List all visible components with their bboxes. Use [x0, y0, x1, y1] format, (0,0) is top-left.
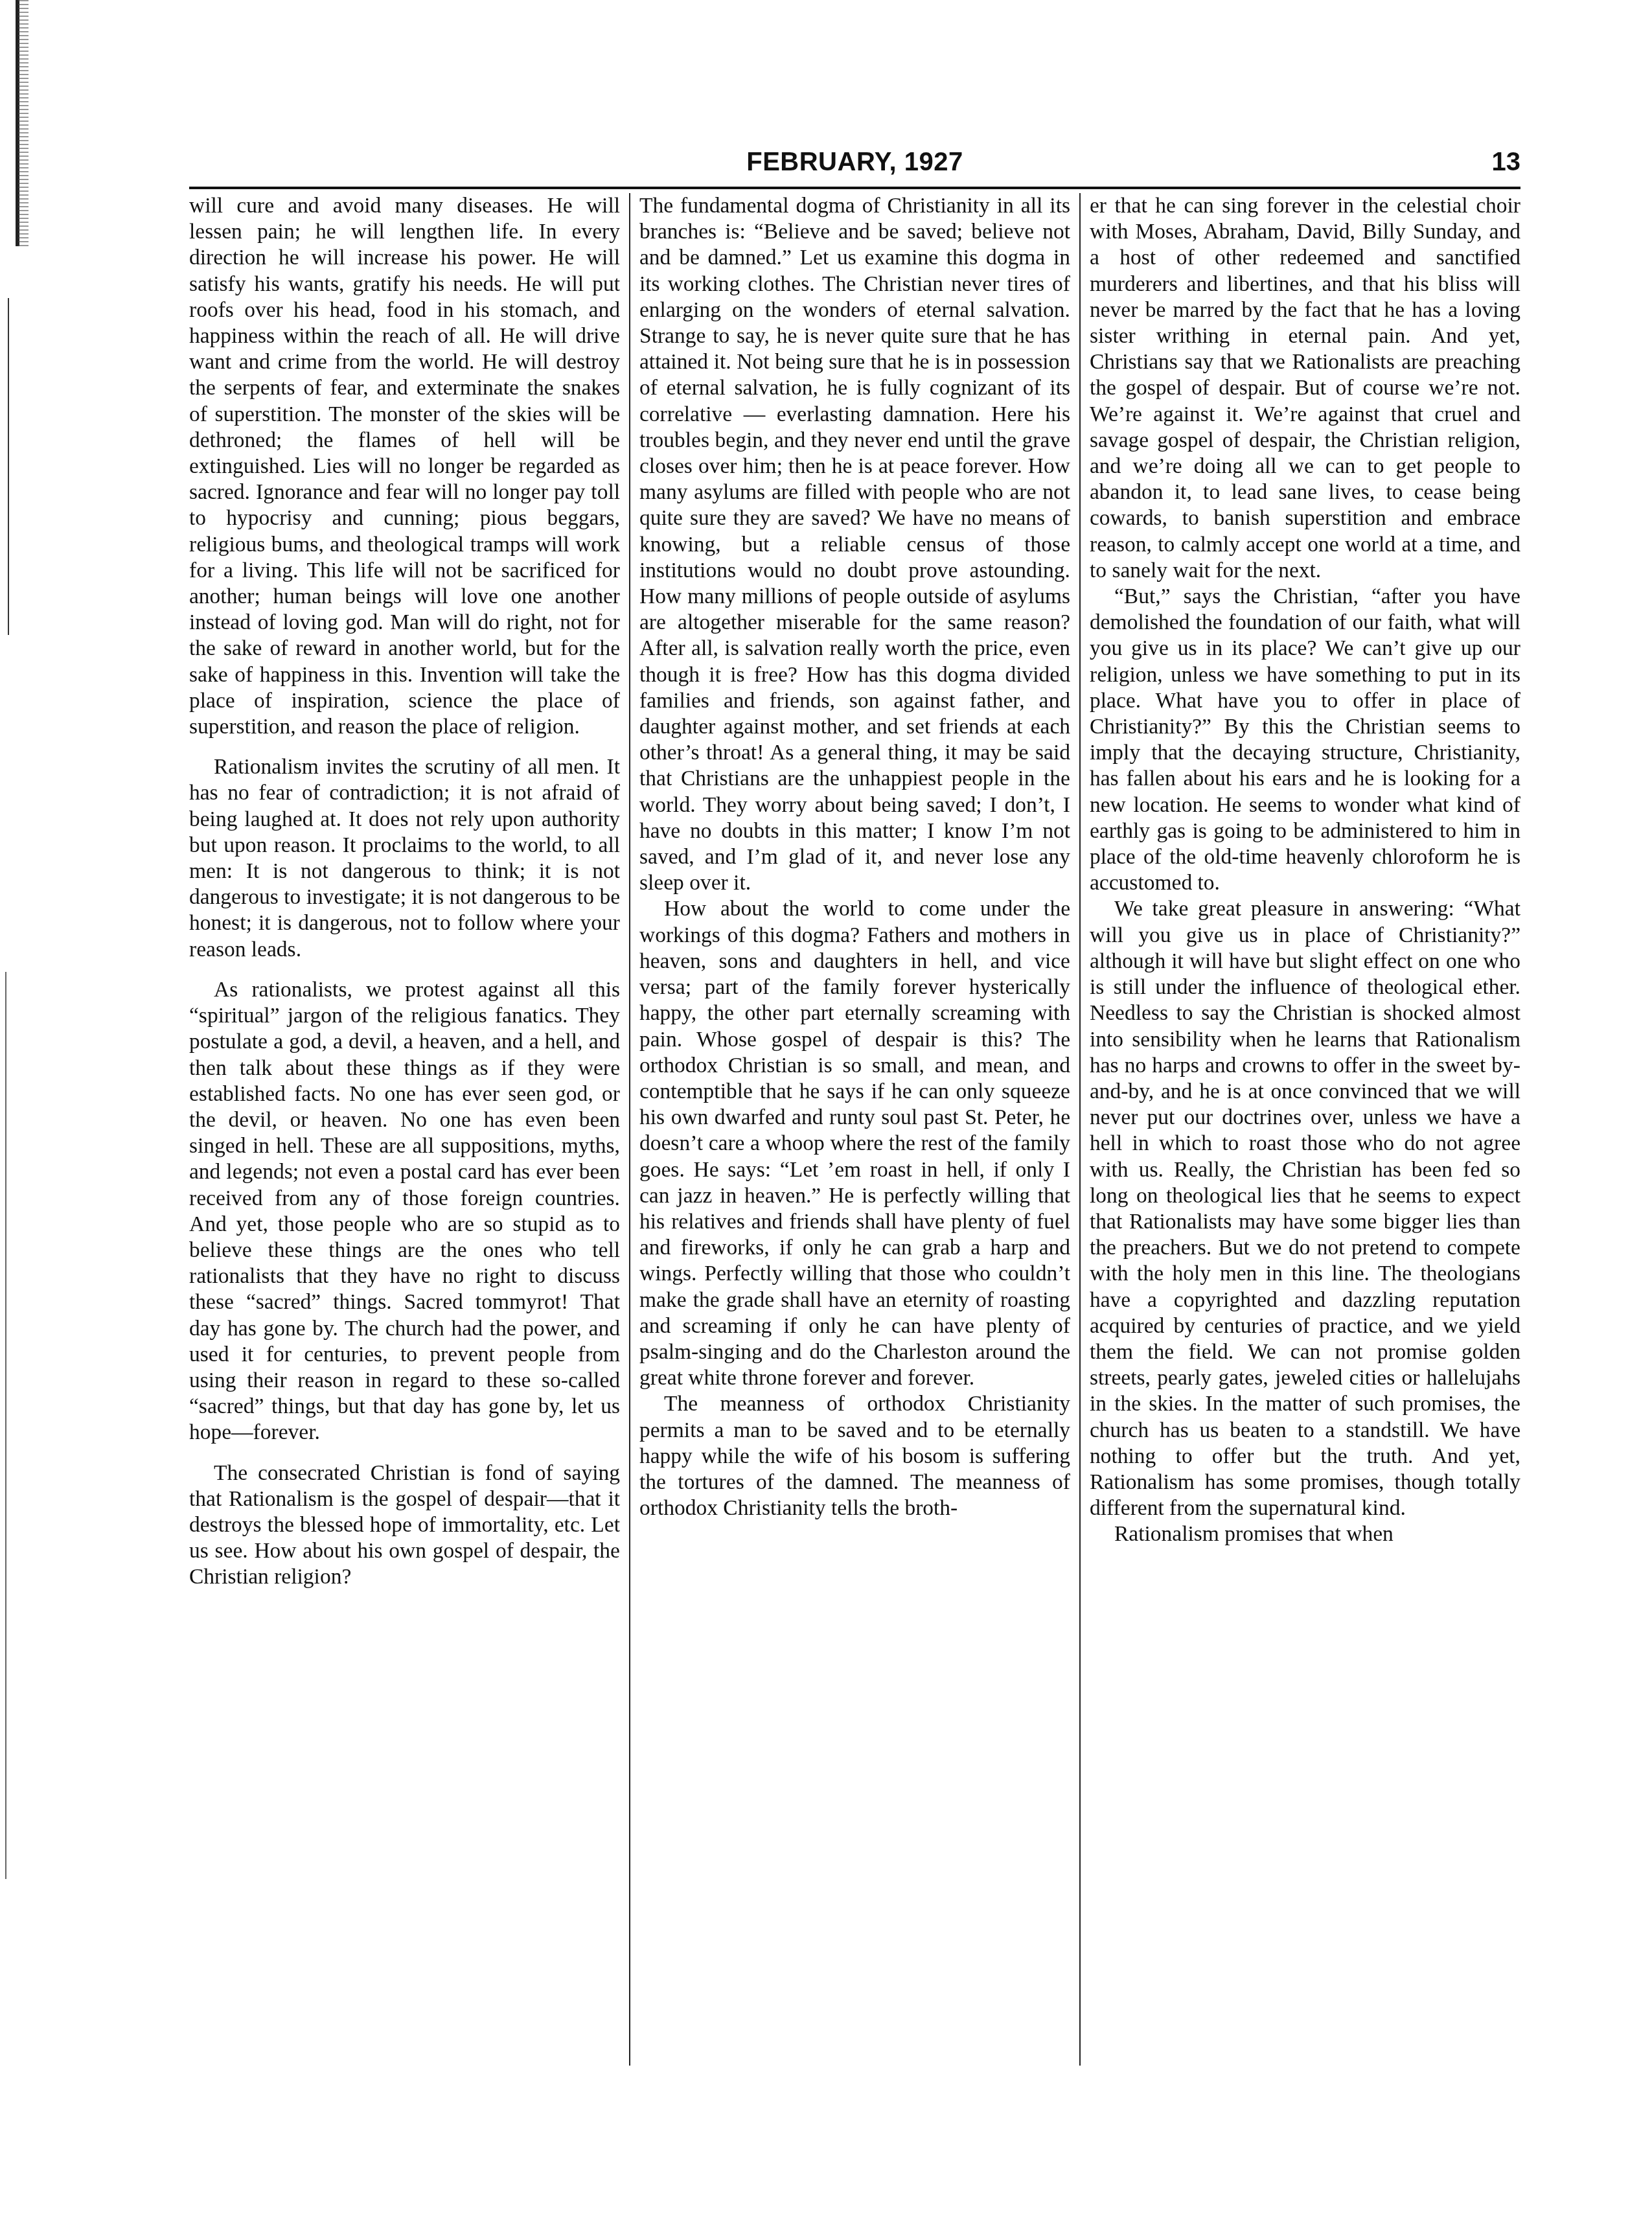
paragraph: As rationalists, we protest against all … [189, 977, 620, 1446]
paragraph: er that he can sing forever in the celes… [1090, 193, 1520, 584]
binding-speckle [18, 0, 29, 246]
paragraph: We take great pleasure in answering: “Wh… [1090, 896, 1520, 1521]
paragraph: How about the world to come under the wo… [639, 896, 1070, 1391]
column-2: The fundamental dogma of Christianity in… [629, 193, 1079, 2066]
page-number: 13 [1492, 148, 1521, 177]
column-3: er that he can sing forever in the celes… [1079, 193, 1520, 2066]
paragraph: The meanness of orthodox Christianity pe… [639, 1391, 1070, 1521]
scanned-binding-edge [0, 0, 39, 2236]
paragraph: will cure and avoid many diseases. He wi… [189, 193, 620, 740]
paragraph: The fundamental dogma of Christianity in… [639, 193, 1070, 896]
paragraph: Rationalism promises that when [1090, 1521, 1520, 1547]
paragraph: The consecrated Christian is fond of say… [189, 1460, 620, 1591]
paragraph: “But,” says the Christian, “after you ha… [1090, 584, 1520, 896]
page-header: FEBRUARY, 1927 13 [189, 148, 1520, 174]
issue-date: FEBRUARY, 1927 [189, 148, 1520, 177]
binding-line [5, 972, 6, 1879]
article-columns: will cure and avoid many diseases. He wi… [189, 193, 1520, 2066]
column-1: will cure and avoid many diseases. He wi… [189, 193, 629, 2066]
header-rule [189, 187, 1520, 189]
binding-line [8, 298, 9, 635]
paragraph: Rationalism invites the scrutiny of all … [189, 754, 620, 963]
